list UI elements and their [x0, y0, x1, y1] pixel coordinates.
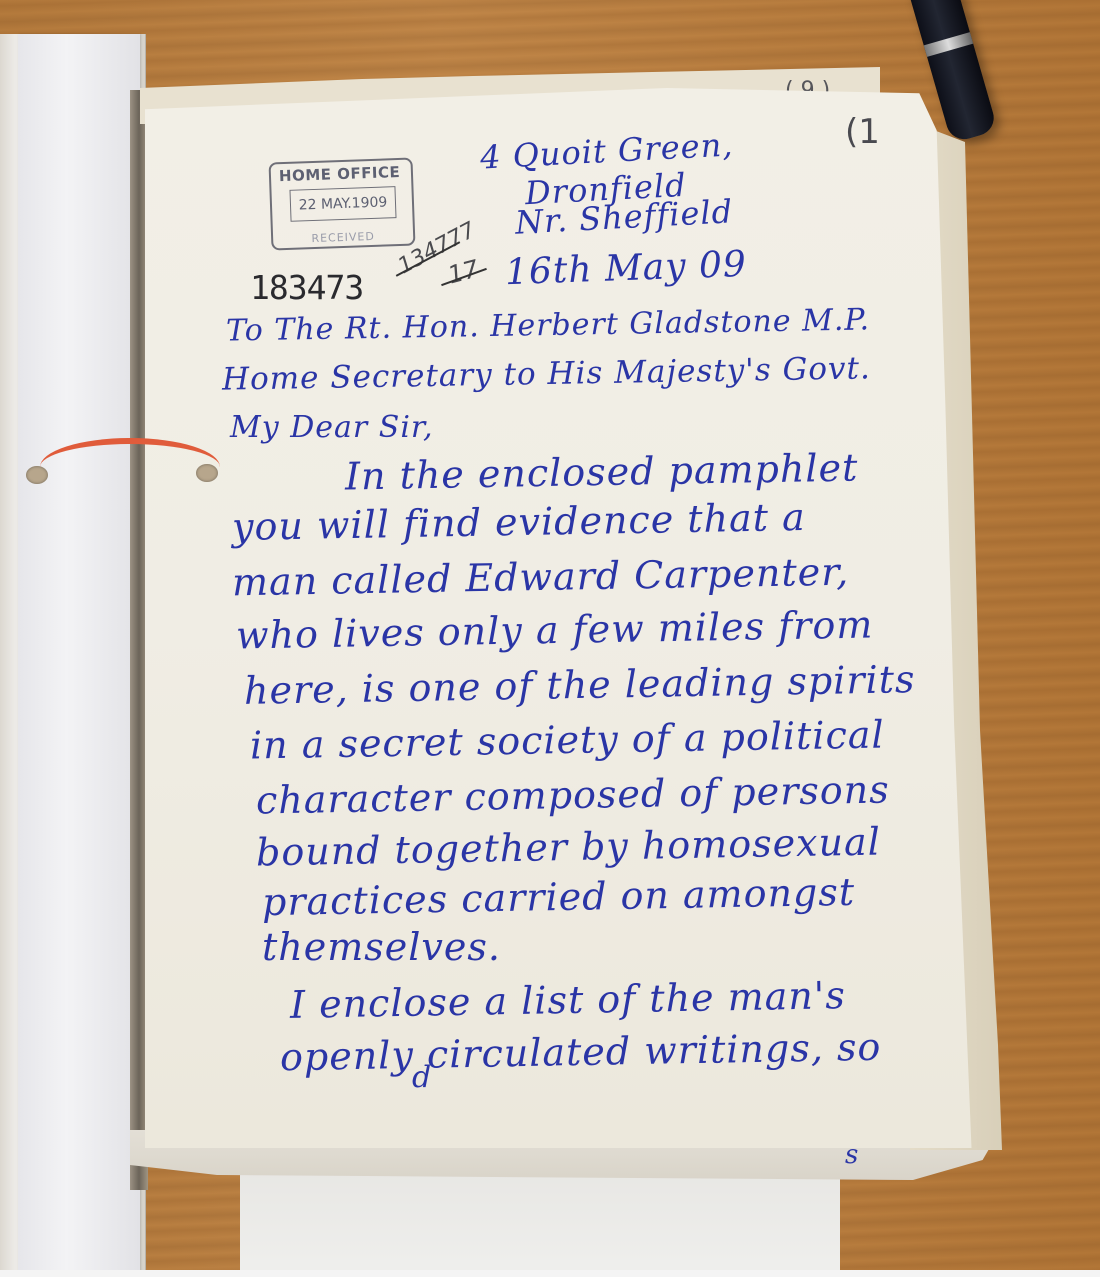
- salutation: My Dear Sir,: [230, 410, 434, 445]
- folder-flap: [18, 34, 140, 1277]
- home-office-received-stamp: HOME OFFICE 22 MAY.1909 RECEIVED: [269, 158, 416, 251]
- letter-date: 16th May 09: [504, 244, 747, 293]
- file-number: 183473: [250, 268, 363, 307]
- next-page-mark: s: [845, 1140, 858, 1170]
- stamp-date: 22 MAY.1909: [289, 186, 396, 222]
- body-line-10: themselves.: [262, 925, 501, 969]
- pen-clip-band: [924, 32, 973, 57]
- image-bottom-border: [0, 1270, 1100, 1277]
- stamp-title: HOME OFFICE: [279, 163, 401, 185]
- body-line-1: In the enclosed pamphlet: [345, 446, 859, 499]
- stamp-footer: RECEIVED: [273, 229, 413, 247]
- page-number-mark: (1: [845, 112, 880, 152]
- descender-mark: d: [412, 1060, 431, 1095]
- treasury-tag-string: [40, 438, 220, 496]
